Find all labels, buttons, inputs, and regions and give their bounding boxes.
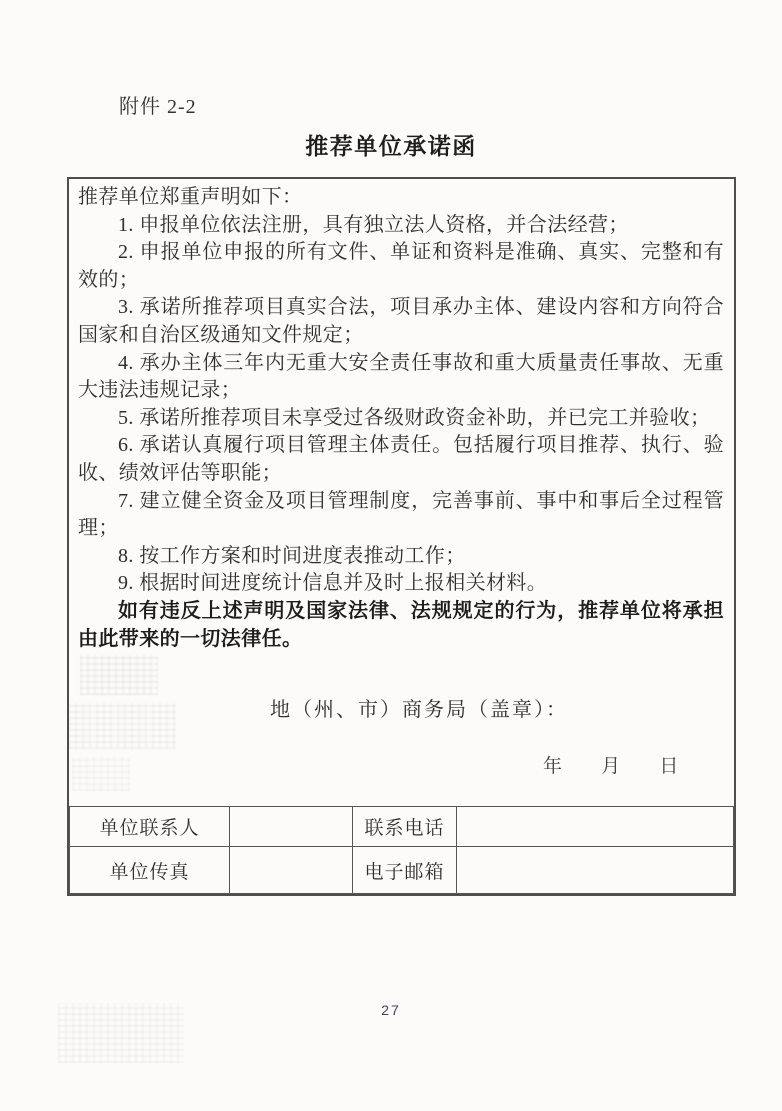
declaration-intro: 推荐单位郑重声明如下： xyxy=(78,184,724,212)
declaration-item-7: 7. 建立健全资金及项目管理制度，完善事前、事中和事后全过程管理； xyxy=(78,488,724,543)
legal-warning-text: 如有违反上述声明及国家法律、法规规定的行为，推荐单位将承担由此带来的一切法律任。 xyxy=(78,598,724,653)
scan-artifact xyxy=(68,703,176,749)
stamp-signature-line: 地（州、市）商务局（盖章）： xyxy=(270,697,568,725)
contact-person-label: 单位联系人 xyxy=(70,807,230,847)
fax-label: 单位传真 xyxy=(70,847,230,894)
table-row: 单位传真 电子邮箱 xyxy=(70,847,734,894)
attachment-label: 附件 2-2 xyxy=(119,90,197,119)
declaration-item-9: 9. 根据时间进度统计信息并及时上报相关材料。 xyxy=(78,570,724,598)
date-line: 年 月 日 xyxy=(543,753,679,781)
declaration-item-1: 1. 申报单位依法注册，具有独立法人资格，并合法经营； xyxy=(78,212,724,240)
declaration-item-4: 4. 承办主体三年内无重大安全责任事故和重大质量责任事故、无重大违法违规记录； xyxy=(78,350,724,405)
contact-info-table: 单位联系人 联系电话 单位传真 电子邮箱 xyxy=(69,806,734,894)
email-label: 电子邮箱 xyxy=(353,847,457,894)
fax-value xyxy=(230,847,353,894)
phone-label: 联系电话 xyxy=(353,807,457,847)
email-value xyxy=(457,847,734,894)
phone-value xyxy=(457,807,734,847)
declaration-item-5: 5. 承诺所推荐项目未享受过各级财政资金补助，并已完工并验收； xyxy=(78,405,724,433)
table-row: 单位联系人 联系电话 xyxy=(70,807,734,847)
scanned-document-page: 附件 2-2 推荐单位承诺函 推荐单位郑重声明如下： 1. 申报单位依法注册，具… xyxy=(0,0,782,1111)
contact-person-value xyxy=(230,807,353,847)
page-number: 27 xyxy=(0,1002,782,1018)
declaration-item-3: 3. 承诺所推荐项目真实合法，项目承办主体、建设内容和方向符合国家和自治区级通知… xyxy=(78,294,724,349)
declaration-box: 推荐单位郑重声明如下： 1. 申报单位依法注册，具有独立法人资格，并合法经营； … xyxy=(67,177,736,896)
scan-artifact xyxy=(72,757,130,791)
declaration-item-6: 6. 承诺认真履行项目管理主体责任。包括履行项目推荐、执行、验收、绩效评估等职能… xyxy=(78,432,724,487)
scan-artifact xyxy=(80,655,158,695)
declaration-item-8: 8. 按工作方案和时间进度表推动工作； xyxy=(78,543,724,571)
declaration-item-2: 2. 申报单位申报的所有文件、单证和资料是准确、真实、完整和有效的； xyxy=(78,239,724,294)
document-title: 推荐单位承诺函 xyxy=(0,128,782,161)
